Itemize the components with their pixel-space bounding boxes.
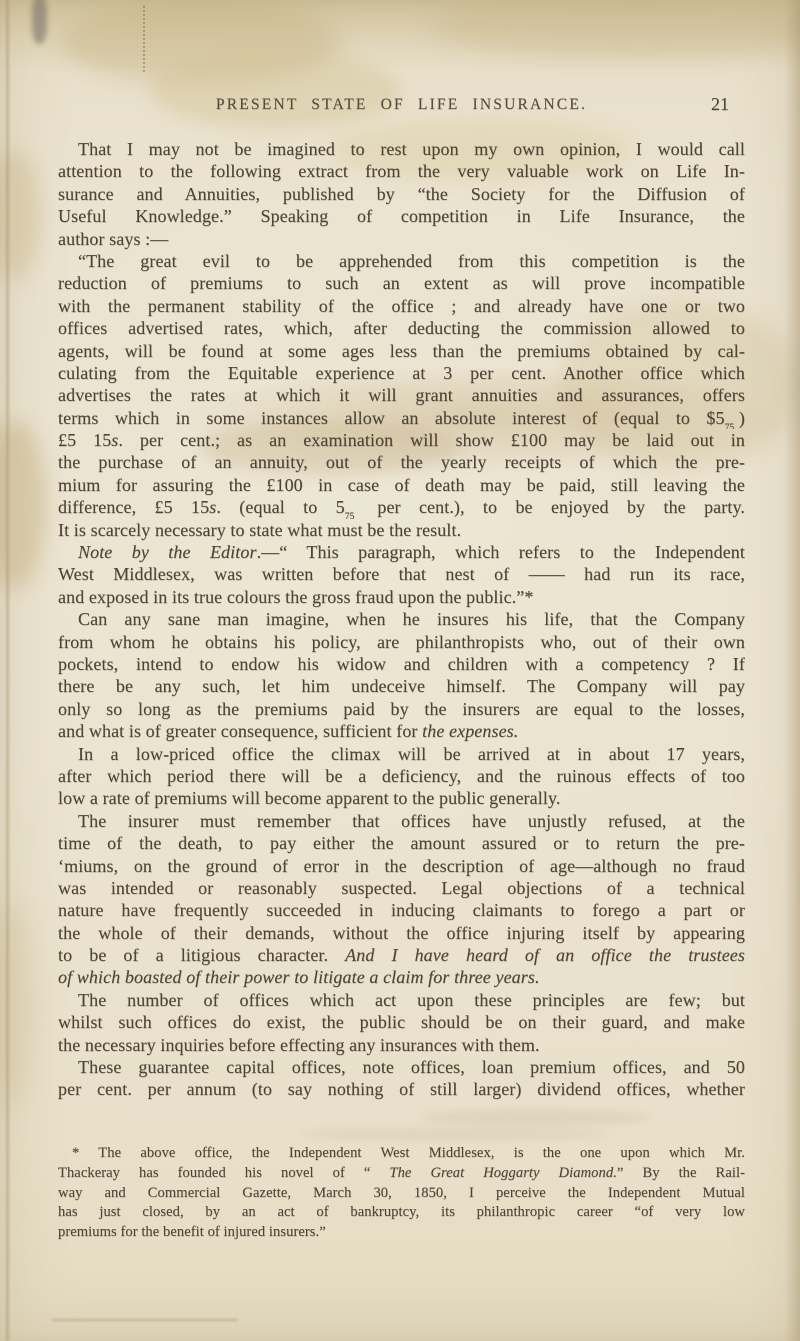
text-line: £5 15s. per cent.; as an examination wil…	[58, 429, 745, 451]
page-left-edge-crease	[6, 0, 9, 1341]
page-title: PRESENT STATE OF LIFE INSURANCE.	[58, 96, 745, 114]
text-line: way and Commercial Gazette, March 30, 18…	[58, 1184, 745, 1204]
text-line: mium for assuring the £100 in case of de…	[58, 474, 745, 496]
text-line: offices advertised rates, which, after d…	[58, 317, 745, 339]
show-through-ghost-2	[300, 1128, 610, 1140]
text-line: premiums for the benefit of injured insu…	[58, 1223, 745, 1243]
paragraph: “The great evil to be apprehended from t…	[58, 250, 745, 541]
text-line: was intended or reasonably suspected. Le…	[58, 877, 745, 899]
text-line: nature have frequently succeeded in indu…	[58, 899, 745, 921]
stacked-fraction: 75100	[345, 513, 359, 518]
text-line: author says :—	[58, 228, 745, 250]
running-head: PRESENT STATE OF LIFE INSURANCE. 21	[58, 96, 745, 120]
text-line: after which period there will be a defic…	[58, 765, 745, 787]
paragraph: The number of offices which act upon the…	[58, 989, 745, 1056]
text-line: In a low-priced office the climax will b…	[58, 743, 745, 765]
text-line: there be any such, let him undeceive him…	[58, 675, 745, 697]
page-number: 21	[711, 94, 729, 115]
paragraph: Can any sane man imagine, when he insure…	[58, 608, 745, 742]
text-line: agents, will be found at some ages less …	[58, 340, 745, 362]
text-line: Can any sane man imagine, when he insure…	[58, 608, 745, 630]
text-line: difference, £5 15s. (equal to 575100 per…	[58, 496, 745, 518]
paragraph: Note by the Editor.—“ This paragraph, wh…	[58, 541, 745, 608]
text-line: time of the death, to pay either the amo…	[58, 832, 745, 854]
paragraph: These guarantee capital offices, note of…	[58, 1056, 745, 1101]
stain-left-edge-3	[0, 900, 32, 1110]
next-page-edge-line	[52, 1319, 237, 1321]
paragraph: That I may not be imagined to rest upon …	[58, 138, 745, 250]
text-line: That I may not be imagined to rest upon …	[58, 138, 745, 160]
text-line: advertises the rates at which it will gr…	[58, 384, 745, 406]
text-line: and exposed in its true colours the gros…	[58, 586, 745, 608]
text-line: Useful Knowledge.” Speaking of competiti…	[58, 205, 745, 227]
stain-left-edge-1	[0, 150, 40, 280]
page-right-edge-shade	[784, 0, 800, 1341]
text-line: only so long as the premiums paid by the…	[58, 698, 745, 720]
text-line: with the permanent stability of the offi…	[58, 295, 745, 317]
stain-top-right	[430, 0, 800, 58]
text-line: the whole of their demands, without the …	[58, 922, 745, 944]
text-line: the purchase of an annuity, out of the y…	[58, 451, 745, 473]
ink-mark-top-edge	[32, 0, 47, 44]
text-line: has just closed, by an act of bankruptcy…	[58, 1203, 745, 1223]
text-line: surance and Annuities, published by “the…	[58, 183, 745, 205]
text-line: reduction of premiums to such an extent …	[58, 272, 745, 294]
text-line: attention to the following extract from …	[58, 160, 745, 182]
text-line: pockets, intend to endow his widow and c…	[58, 653, 745, 675]
text-line: “The great evil to be apprehended from t…	[58, 250, 745, 272]
stain-top-left	[60, 0, 340, 84]
text-line: It is scarcely necessary to state what m…	[58, 519, 745, 541]
text-line: and what is of greater consequence, suff…	[58, 720, 745, 742]
text-line: culating from the Equitable experience a…	[58, 362, 745, 384]
text-line: The number of offices which act upon the…	[58, 989, 745, 1011]
text-line: These guarantee capital offices, note of…	[58, 1056, 745, 1078]
text-line: from whom he obtains his policy, are phi…	[58, 631, 745, 653]
text-line: Thackeray has founded his novel of “ The…	[58, 1164, 745, 1184]
text-line: Note by the Editor.—“ This paragraph, wh…	[58, 541, 745, 563]
text-line: West Middlesex, was written before that …	[58, 563, 745, 585]
text-line: terms which in some instances allow an a…	[58, 407, 745, 429]
book-page: PRESENT STATE OF LIFE INSURANCE. 21 That…	[0, 0, 800, 1341]
stain-left-edge-2	[0, 420, 46, 590]
paragraph: In a low-priced office the climax will b…	[58, 743, 745, 810]
text-line: low a rate of premiums will become appar…	[58, 787, 745, 809]
text-line: per cent. per annum (to say nothing of s…	[58, 1078, 745, 1100]
show-through-ghost-1	[420, 1110, 650, 1125]
text-line: of which boasted of their power to litig…	[58, 966, 745, 988]
text-line: the necessary inquiries before effecting…	[58, 1034, 745, 1056]
text-line: to be of a litigious character. And I ha…	[58, 944, 745, 966]
text-line: whilst such offices do exist, the public…	[58, 1011, 745, 1033]
text-block: That I may not be imagined to rest upon …	[58, 138, 745, 1101]
text-line: The insurer must remember that offices h…	[58, 810, 745, 832]
red-dotted-mark	[143, 6, 145, 72]
paragraph: The insurer must remember that offices h…	[58, 810, 745, 989]
footnote: * The above office, the Independent West…	[58, 1144, 745, 1243]
text-line: * The above office, the Independent West…	[58, 1144, 745, 1164]
text-line: ‘miums, on the ground of error in the de…	[58, 855, 745, 877]
